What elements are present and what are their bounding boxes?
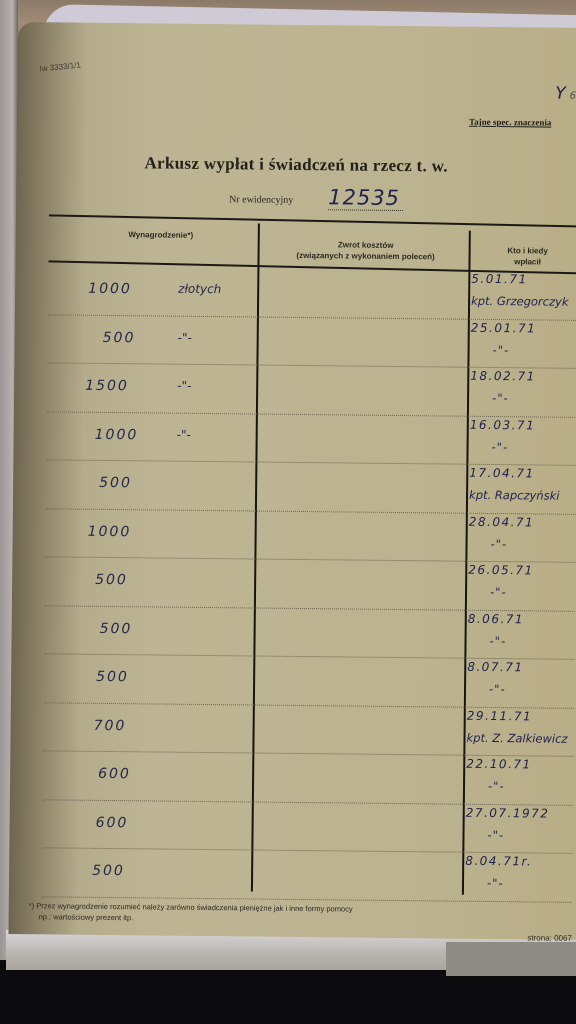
payment-date: 16.03.71	[470, 417, 536, 432]
header-payer: Kto i kiedy wpłacił	[477, 245, 576, 268]
archive-reference: Iw 3333/1/1	[39, 61, 81, 74]
registry-label: Nr ewidencyjny	[229, 194, 293, 206]
header-compensation: Wynagrodzenie*)	[106, 229, 216, 241]
table-row: 1500-"-18.02.71-"-	[47, 363, 576, 417]
payment-date: 22.10.71	[466, 757, 532, 772]
amount: 1500	[85, 378, 129, 394]
payer: -"-	[490, 585, 507, 599]
footnote: *) Przez wynagrodzenie rozumieć należy z…	[29, 900, 353, 925]
table-top-rule	[49, 214, 576, 227]
header-costs-title: Zwrot kosztów	[338, 240, 394, 250]
amount: 500	[103, 329, 136, 345]
document-page: Iw 3333/1/1 Y67 Tajne spec. znaczenia Ar…	[8, 22, 576, 940]
amount: 500	[100, 620, 133, 636]
payer: -"-	[487, 827, 504, 841]
amount-unit: -"-	[177, 427, 191, 441]
payer: kpt. Rapczyński	[469, 488, 560, 503]
payer: -"-	[487, 876, 504, 890]
table-row: 60022.10.71-"-	[43, 751, 573, 805]
table-row: 500-"-25.01.71-"-	[47, 315, 576, 369]
table-row: 1000złotych5.01.71kpt. Grzegorczyk	[48, 266, 576, 320]
header-costs: Zwrot kosztów (związanych z wykonaniem p…	[271, 239, 461, 263]
payer: -"-	[493, 342, 510, 356]
table-row: 5008.06.71-"-	[44, 606, 574, 660]
amount: 500	[96, 669, 129, 685]
amount-unit: -"-	[177, 379, 191, 393]
table-row: 50026.05.71-"-	[45, 557, 575, 611]
amount: 600	[96, 814, 129, 830]
page-title: Arkusz wypłat i świadczeń na rzecz t. w.	[144, 153, 448, 176]
amount: 1000	[88, 281, 132, 297]
table-row: 50017.04.71kpt. Rapczyński	[46, 460, 576, 514]
corner-page-number: 67	[570, 91, 576, 102]
amount-unit: złotych	[178, 282, 221, 296]
amount: 1000	[95, 426, 139, 442]
registry-number: 12535	[328, 185, 403, 211]
amount: 500	[95, 572, 128, 588]
payment-date: 25.01.71	[471, 320, 537, 335]
amount: 1000	[88, 523, 132, 539]
table-row: 70029.11.71kpt. Z. Zalkiewicz	[43, 703, 573, 757]
payer: -"-	[492, 391, 509, 405]
header-payer-line2: wpłacił	[514, 257, 541, 266]
payer: -"-	[488, 779, 505, 793]
payer: -"-	[492, 439, 509, 453]
payment-date: 26.05.71	[468, 563, 534, 578]
amount: 700	[94, 717, 127, 733]
payer: -"-	[489, 682, 506, 696]
payment-date: 8.07.71	[467, 660, 523, 675]
payments-table: 1000złotych5.01.71kpt. Grzegorczyk500-"-…	[42, 266, 576, 902]
payment-date: 5.01.71	[471, 272, 527, 287]
amount-unit: -"-	[178, 330, 192, 344]
payer: kpt. Z. Zalkiewicz	[466, 730, 567, 745]
page-number: strona: 0067	[527, 933, 572, 942]
corner-annotation: Y67	[555, 84, 576, 104]
payer: -"-	[489, 633, 506, 647]
table-row: 5008.07.71-"-	[44, 654, 574, 708]
corner-mark: Y	[555, 84, 566, 104]
amount: 500	[92, 863, 125, 879]
payment-date: 8.04.71r.	[465, 854, 532, 869]
header-payer-line1: Kto i kiedy	[507, 246, 548, 255]
table-row: 1000-"-16.03.71-"-	[46, 412, 576, 466]
table-row: 60027.07.1972-"-	[42, 800, 572, 854]
payment-date: 18.02.71	[470, 369, 536, 384]
payment-date: 8.06.71	[468, 611, 524, 626]
payment-date: 27.07.1972	[466, 805, 550, 820]
table-row: 100028.04.71-"-	[45, 509, 575, 563]
payment-date: 29.11.71	[467, 708, 533, 723]
payer: -"-	[490, 536, 507, 550]
payment-date: 17.04.71	[469, 466, 535, 481]
payment-date: 28.04.71	[469, 514, 535, 529]
payer: kpt. Grzegorczyk	[471, 294, 569, 309]
amount: 600	[98, 766, 131, 782]
header-costs-subtitle: (związanych z wykonaniem poleceń)	[296, 251, 434, 261]
classification-label: Tajne spec. znaczenia	[469, 117, 552, 128]
amount: 500	[99, 475, 132, 491]
table-row: 5008.04.71r.-"-	[42, 848, 572, 902]
